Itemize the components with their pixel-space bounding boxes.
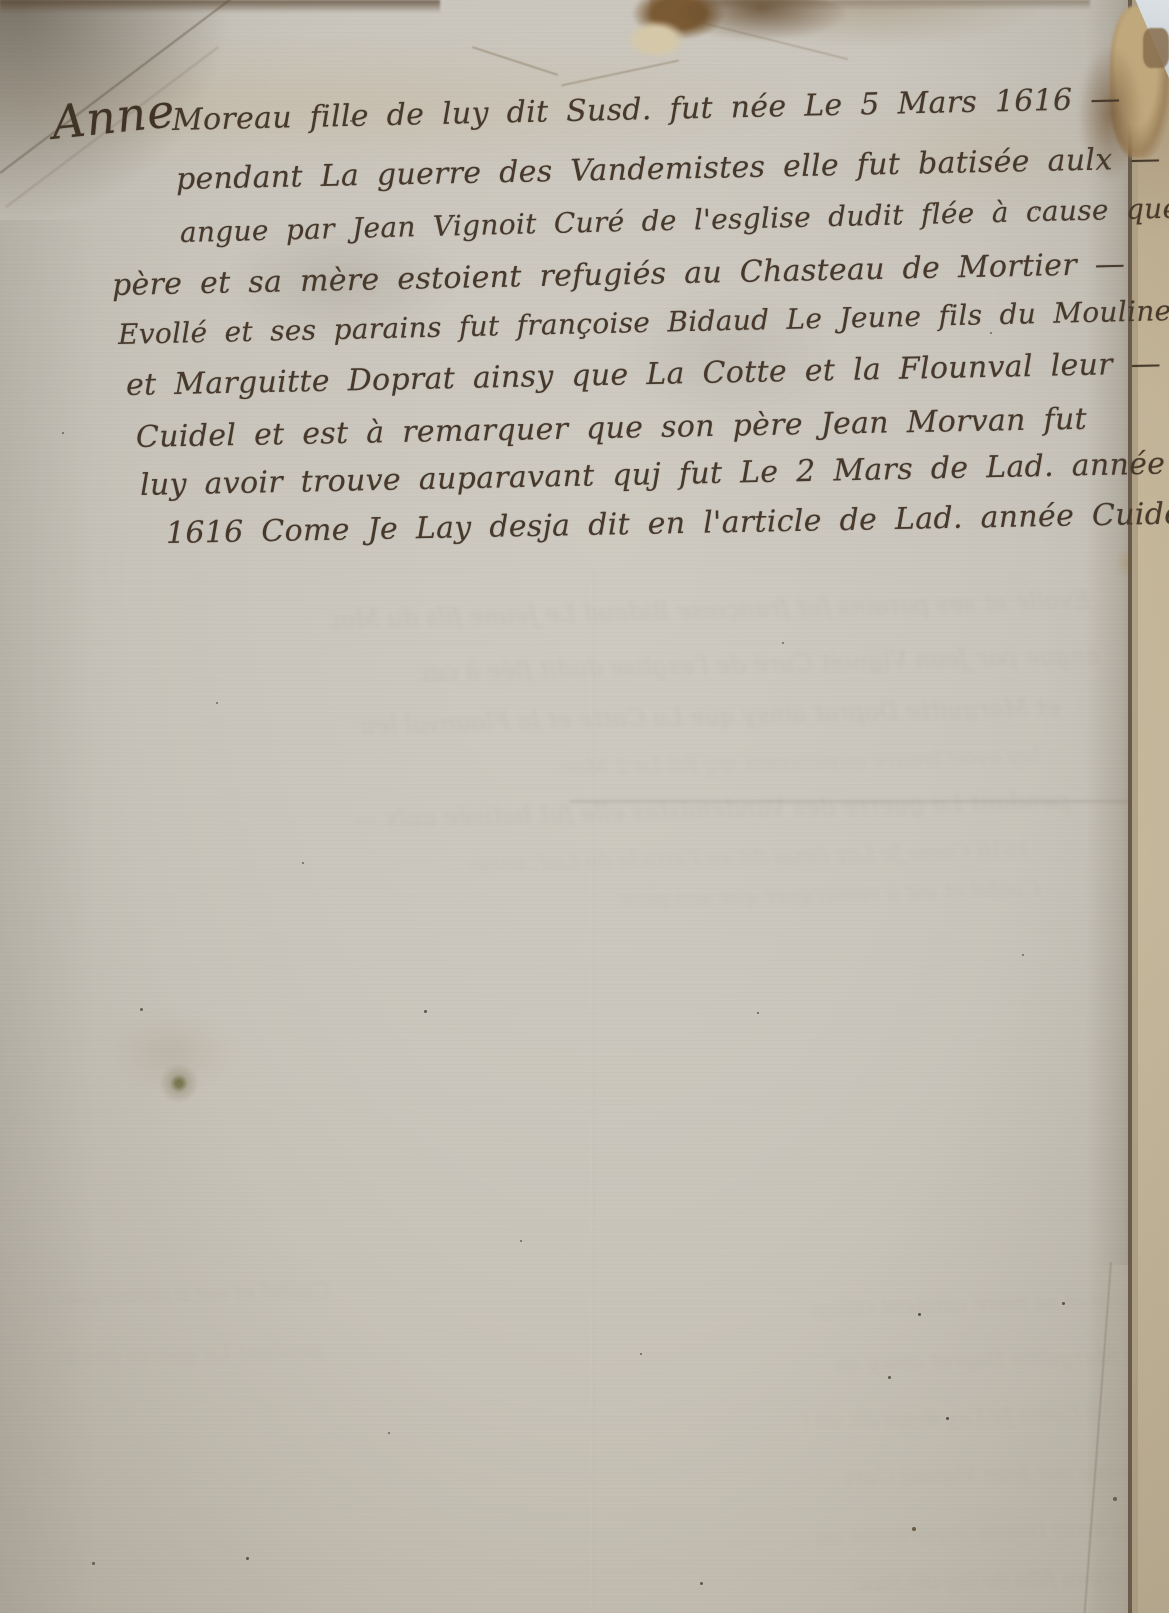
manuscript-line: pendant La guerre des Vandemistes elle f…	[176, 141, 1161, 197]
stain	[1116, 548, 1142, 578]
ink-speck	[92, 1562, 95, 1565]
stain	[112, 1014, 232, 1092]
ink-speck	[1022, 954, 1024, 956]
manuscript-line: angue par Jean Vignoit Curé de l'esglise…	[180, 190, 1169, 249]
bleed-through-line: et Marguitte Doprat ainsy que La Cotte e…	[835, 1344, 1146, 1376]
damage-patch	[352, 0, 692, 104]
photographed-manuscript: Evollé et ses parains fut françoise Bida…	[0, 0, 1169, 1613]
bleed-through-line: 1616 Come Je Lay desja dit en l'article …	[800, 1401, 1141, 1434]
bleed-through-line: 1616 Come Je Lay desja dit en l'article …	[470, 838, 1030, 877]
margin-entry-name: Anne	[49, 83, 178, 150]
ink-speck	[912, 1527, 916, 1531]
manuscript-line: 1616 Come Je Lay desja dit en l'article …	[166, 496, 1169, 551]
page-curve-highlight	[1098, 1265, 1134, 1613]
corner-crease	[0, 0, 234, 174]
manuscript-page: Evollé et ses parains fut françoise Bida…	[0, 0, 1169, 1613]
ink-speck	[990, 332, 992, 334]
paper-crack	[561, 60, 679, 87]
bleed-through-line: Evollé et ses parains fut françoise Bida…	[330, 586, 1090, 634]
ink-speck	[757, 1012, 759, 1014]
torn-top-edge	[650, 0, 1090, 10]
damage-patch	[596, 0, 746, 78]
damage-patch	[676, 0, 846, 40]
page-edge-strip	[1128, 0, 1169, 1613]
bleed-through-line: père et sa mère estoient refugiés au Cha…	[810, 1288, 1141, 1321]
bleed-through-line: angue par Jean Vignoit Curé de l'esglise…	[845, 1458, 1146, 1490]
manuscript-line: Evollé et ses parains fut françoise Bida…	[118, 294, 1169, 351]
ink-speck	[1113, 1497, 1117, 1501]
bleed-through-line: Cuidel et est à remarquer que son père J…	[40, 1278, 331, 1310]
ink-speck	[246, 1557, 249, 1560]
bleed-through-line: Cuidel et est à remarquer que son père J…	[620, 877, 1040, 912]
ink-speck	[216, 702, 218, 704]
bleed-through-line: Moreau fille de luy dit Susd. fut née Le…	[855, 1564, 1146, 1596]
ink-speck	[782, 642, 784, 644]
paper-crack	[702, 22, 848, 60]
ink-speck	[700, 1582, 703, 1585]
ink-speck	[140, 1008, 143, 1011]
ink-speck	[62, 432, 64, 434]
bleed-through-line: pendant La guerre des Vandemistes elle f…	[55, 1338, 326, 1369]
manuscript-line: luy avoir trouve auparavant quj fut Le 2…	[140, 447, 1166, 503]
ink-speck	[946, 1417, 949, 1420]
bleed-through-line: et Marguitte Doprat ainsy que La Cotte e…	[360, 693, 1060, 739]
bleed-through-line: luy avoir trouve auparavant quj fut Le 2…	[560, 744, 1040, 781]
ink-speck	[302, 862, 304, 864]
ink-speck	[918, 1313, 921, 1316]
fold-line	[591, 570, 594, 1613]
left-edge-shading	[0, 220, 95, 1613]
manuscript-line: père et sa mère estoient refugiés au Cha…	[112, 247, 1126, 303]
torn-top-edge	[0, 0, 440, 13]
damage-patch	[1143, 28, 1169, 68]
laid-paper-texture	[0, 0, 1169, 1613]
fold-line	[570, 800, 1169, 803]
bleed-through-line: luy avoir trouve auparavant quj fut Le 2…	[815, 1516, 1146, 1549]
photo-vignette	[0, 0, 1169, 1613]
paper-crack	[472, 46, 558, 76]
manuscript-line: Moreau fille de luy dit Susd. fut née Le…	[172, 81, 1121, 138]
bleed-through-line: pendant La guerre des Vandemistes elle f…	[350, 787, 1070, 834]
ink-speck	[1062, 1302, 1065, 1305]
manuscript-line: Cuidel et est à remarquer que son père J…	[136, 402, 1088, 455]
ink-speck	[388, 1432, 390, 1434]
ink-speck	[520, 1240, 522, 1242]
stain	[156, 1058, 202, 1104]
ink-speck	[888, 1376, 891, 1379]
page-curve-shadow	[1086, 0, 1134, 1613]
manuscript-line: et Marguitte Doprat ainsy que La Cotte e…	[126, 346, 1162, 403]
bleed-through-line: angue par Jean Vignoit Curé de l'esglise…	[420, 641, 1101, 687]
ink-speck	[424, 1010, 427, 1013]
ink-speck	[640, 1353, 642, 1355]
fold-line	[1083, 1262, 1112, 1613]
background-corner	[1126, 0, 1169, 78]
torn-top-edge	[690, 2, 1040, 46]
page-edge-strip-shading	[1138, 0, 1169, 1613]
warm-tint-patch	[0, 980, 1169, 1613]
